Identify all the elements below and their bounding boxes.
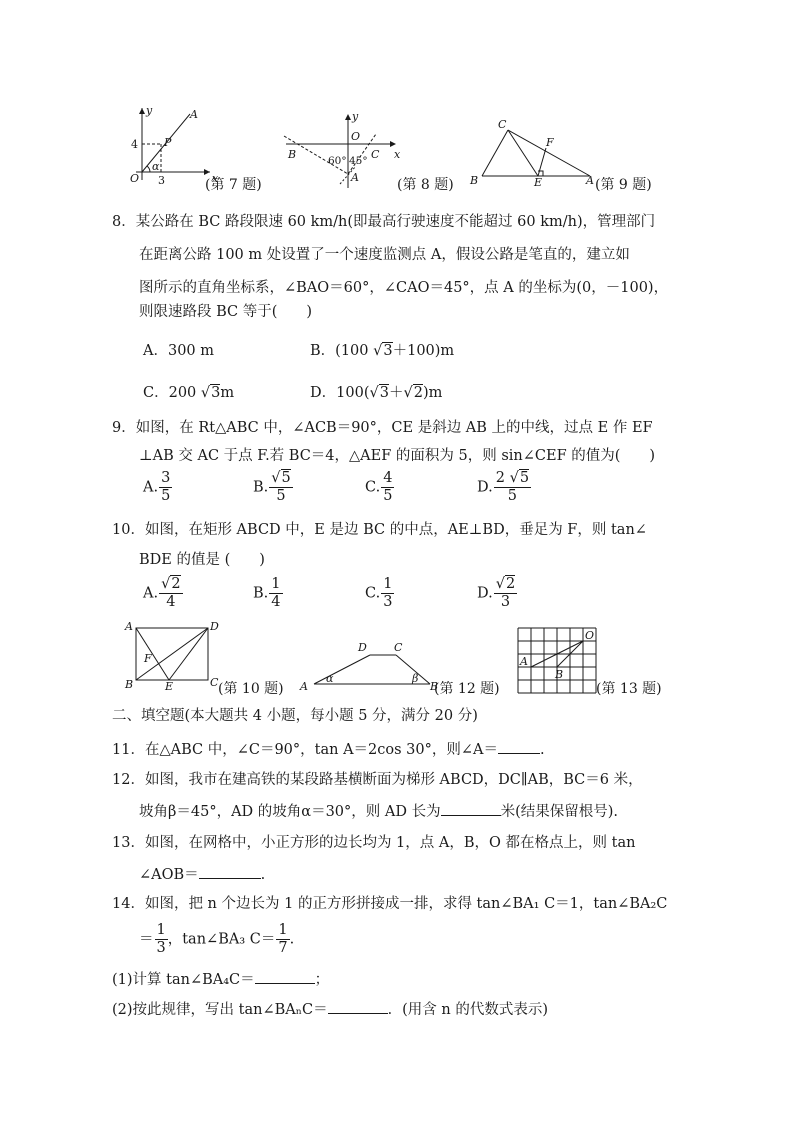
caption-q12: (第 12 题)	[434, 678, 500, 698]
caption-q9: (第 9 题)	[595, 174, 652, 194]
label-A: A	[350, 171, 359, 184]
label-60: 60°	[328, 155, 347, 167]
label-A: A	[299, 680, 308, 693]
q8-line-3: 图所示的直角坐标系，∠BAO＝60°，∠CAO＝45°，点 A 的坐标为(0，－…	[139, 278, 668, 298]
label-3: 3	[158, 174, 165, 187]
figure-q8: B C O y x A 60° 45°	[280, 108, 405, 188]
label-E: E	[533, 176, 542, 189]
q9-option-b[interactable]: B.√55	[253, 470, 293, 505]
label-beta: β	[411, 672, 418, 685]
label-4: 4	[131, 138, 138, 151]
label-y: y	[145, 104, 153, 117]
label-O: O	[130, 172, 139, 185]
question-11: 11．在△ABC 中，∠C＝90°，tan A＝2cos 30°，则∠A＝.	[112, 738, 545, 760]
figure-q7: y x O A P α 4 3	[128, 104, 218, 184]
q14-part-1: (1)计算 tan∠BA₄C＝；	[112, 968, 329, 990]
label-y: y	[351, 110, 359, 123]
q12-answer-blank[interactable]	[441, 800, 501, 816]
q8-line-4: 则限速路段 BC 等于( )	[139, 302, 312, 322]
label-C: C	[371, 148, 380, 161]
q11-answer-blank[interactable]	[498, 738, 540, 754]
coordinate-diagram-q8: B C O y x A 60° 45°	[280, 108, 405, 188]
label-P: P	[163, 136, 172, 149]
q9-option-a[interactable]: A.35	[143, 470, 172, 505]
label-x: x	[394, 148, 401, 161]
label-E: E	[164, 680, 173, 693]
figure-q9: C F B E A	[466, 118, 596, 184]
q8-option-b[interactable]: B．(100 √3＋100)m	[310, 339, 454, 360]
q8-option-c[interactable]: C．200 √3m	[143, 381, 234, 402]
q14-line-1: 14．如图，把 n 个边长为 1 的正方形拼接成一排，求得 tan∠BA₁ C＝…	[112, 894, 667, 914]
q8-line-1: 8．某公路在 BC 路段限速 60 km/h(即最高行驶速度不能超过 60 km…	[112, 212, 655, 232]
q8-line-2: 在距离公路 100 m 处设置了一个速度监测点 A，假设公路是笔直的，建立如	[139, 245, 630, 265]
label-B: B	[469, 174, 478, 187]
label-O: O	[585, 629, 594, 642]
q10-line-1: 10．如图，在矩形 ABCD 中，E 是边 BC 的中点，AE⊥BD，垂足为 F…	[112, 520, 647, 540]
label-45: 45°	[349, 155, 368, 167]
q14-part-2: (2)按此规律，写出 tan∠BAₙC＝．(用含 n 的代数式表示)	[112, 998, 548, 1020]
label-C: C	[498, 118, 507, 131]
triangle-diagram-q9: C F B E A	[466, 118, 596, 184]
q9-option-d[interactable]: D.2 √55	[477, 470, 531, 505]
label-B: B	[124, 678, 133, 691]
label-B: B	[554, 668, 563, 681]
caption-q7: (第 7 题)	[205, 174, 262, 194]
trapezoid-diagram-q12: D C A B α β	[296, 638, 436, 690]
q12-line-2: 坡角β＝45°，AD 的坡角α＝30°，则 AD 长为米(结果保留根号).	[139, 800, 618, 822]
label-A: A	[585, 174, 594, 187]
label-C: C	[394, 641, 403, 654]
q10-option-a[interactable]: A.√24	[143, 576, 183, 611]
figure-q12: D C A B α β	[296, 638, 436, 690]
q14-part2-answer-blank[interactable]	[328, 998, 388, 1014]
figure-q13: O A B	[518, 628, 596, 694]
caption-q10: (第 10 题)	[218, 678, 284, 698]
label-F: F	[143, 652, 152, 665]
caption-q13: (第 13 题)	[596, 678, 662, 698]
caption-q8: (第 8 题)	[397, 174, 454, 194]
q13-answer-blank[interactable]	[199, 863, 261, 879]
label-alpha: α	[152, 160, 160, 173]
figure-q10: A D F B E C	[124, 620, 220, 690]
label-A: A	[124, 620, 133, 633]
section-heading-fill-in: 二、填空题(本大题共 4 小题，每小题 5 分，满分 20 分)	[112, 706, 478, 726]
label-O: O	[351, 130, 360, 143]
q13-line-2: ∠AOB＝.	[139, 863, 265, 885]
q10-line-2: BDE 的值是 ( )	[139, 550, 265, 570]
grid-diagram-q13: O A B	[518, 628, 596, 694]
label-D: D	[357, 641, 367, 654]
q10-option-c[interactable]: C.13	[365, 576, 394, 611]
q8-option-d[interactable]: D．100(√3＋√2)m	[310, 381, 442, 402]
label-alpha: α	[326, 672, 334, 685]
coordinate-diagram-q7: y x O A P α 4 3	[128, 104, 218, 184]
q9-line-2: ⊥AB 交 AC 于点 F.若 BC＝4，△AEF 的面积为 5，则 sin∠C…	[139, 446, 655, 466]
q9-option-c[interactable]: C.45	[365, 470, 394, 505]
label-D: D	[209, 620, 219, 633]
label-F: F	[545, 136, 554, 149]
q8-option-a[interactable]: A．300 m	[143, 339, 214, 360]
q9-line-1: 9．如图，在 Rt△ABC 中，∠ACB＝90°，CE 是斜边 AB 上的中线，…	[112, 418, 653, 438]
q10-option-b[interactable]: B.14	[253, 576, 283, 611]
label-A: A	[519, 655, 528, 668]
rectangle-diagram-q10: A D F B E C	[124, 620, 220, 690]
q12-line-1: 12．如图，我市在建高铁的某段路基横断面为梯形 ABCD，DC∥AB，BC＝6 …	[112, 770, 643, 790]
q13-line-1: 13．如图，在网格中，小正方形的边长均为 1，点 A，B，O 都在格点上，则 t…	[112, 833, 635, 853]
label-A: A	[189, 108, 198, 121]
label-B: B	[287, 148, 296, 161]
q14-part1-answer-blank[interactable]	[255, 968, 315, 984]
q14-line-2: ＝13，tan∠BA₃ C＝17.	[139, 922, 294, 957]
q10-option-d[interactable]: D.√23	[477, 576, 517, 611]
